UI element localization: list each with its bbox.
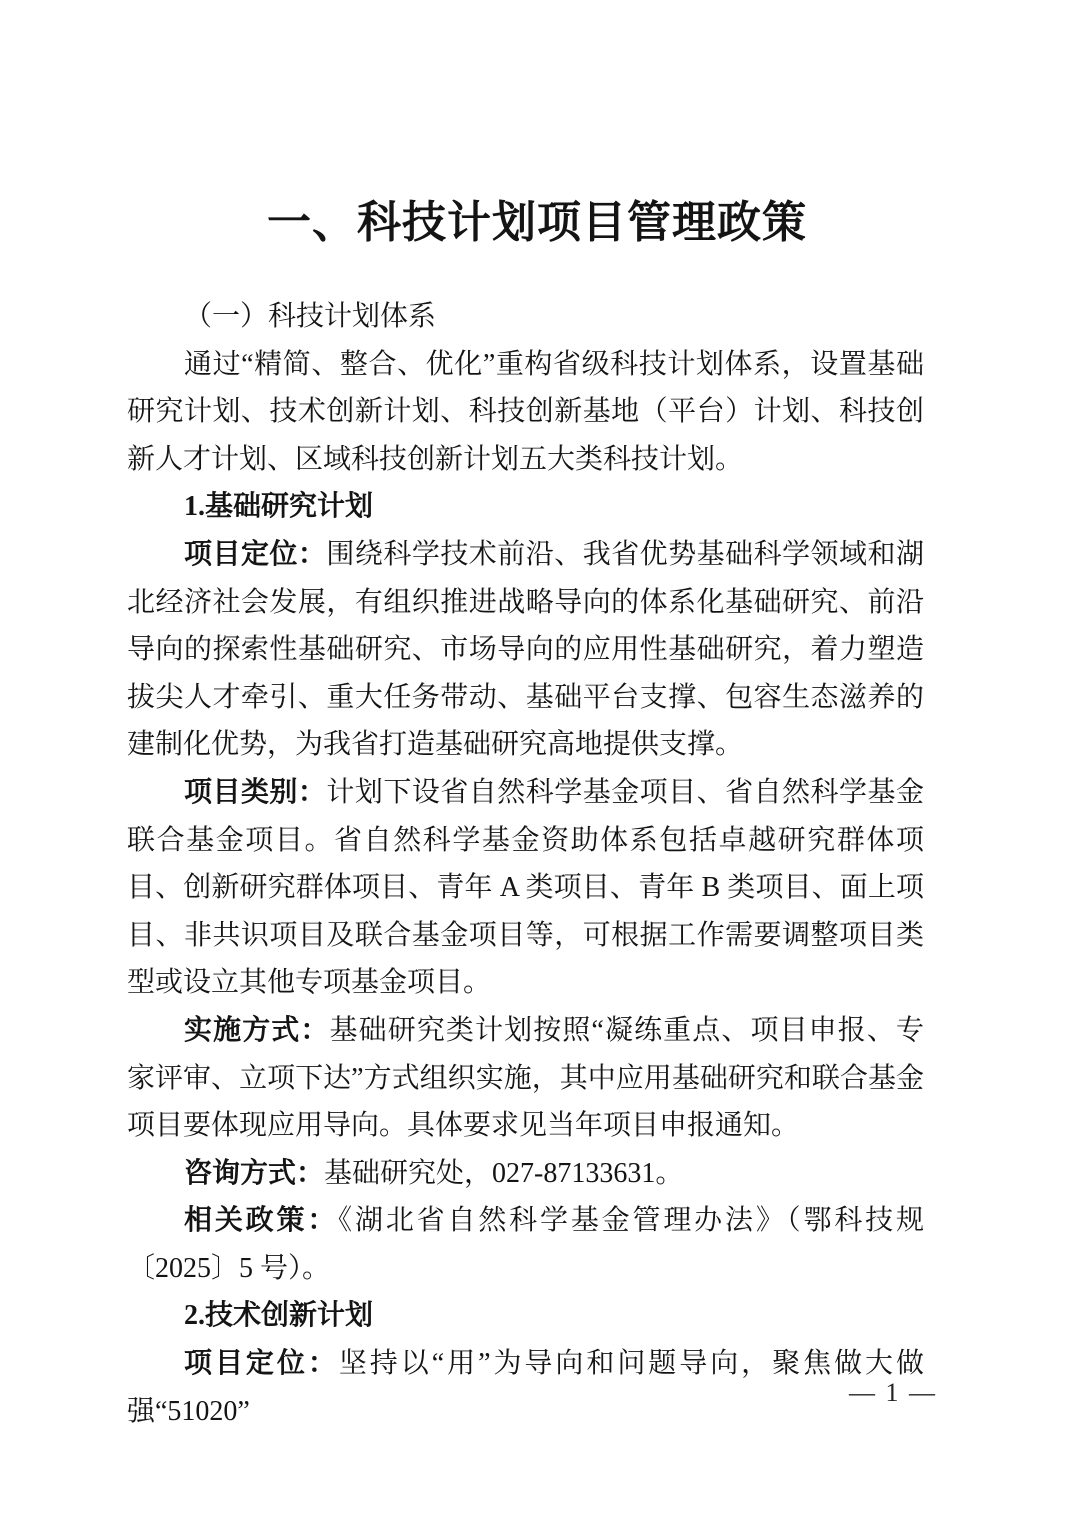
paragraph-text: 围绕科学技术前沿、我省优势基础科学领域和湖北经济社会发展，有组织推进战略导向的体… bbox=[127, 539, 924, 760]
paragraph-text: 通过“精简、整合、优化”重构省级科技计划体系，设置基础研究计划、技术创新计划、科… bbox=[127, 349, 924, 475]
section-heading-tech-innovation: 2.技术创新计划 bbox=[127, 1292, 924, 1340]
section-heading-text: 1.基础研究计划 bbox=[184, 491, 373, 522]
paragraph-label: 相关政策： bbox=[184, 1205, 338, 1236]
subsection-heading-text: （一）科技计划体系 bbox=[184, 301, 436, 332]
paragraph-label: 项目定位： bbox=[184, 1348, 339, 1379]
paragraph-label: 实施方式： bbox=[184, 1015, 330, 1046]
section-heading-basic-research: 1.基础研究计划 bbox=[127, 483, 924, 531]
subsection-heading: （一）科技计划体系 bbox=[127, 293, 924, 341]
paragraph-text: 基础研究处，027-87133631。 bbox=[324, 1158, 683, 1189]
paragraph-label: 咨询方式： bbox=[184, 1158, 324, 1189]
document-title: 一、科技计划项目管理政策 bbox=[0, 186, 1074, 250]
page-number: — 1 — bbox=[127, 1378, 937, 1408]
paragraph-consultation-contact: 咨询方式：基础研究处，027-87133631。 bbox=[127, 1150, 924, 1198]
section-heading-text: 2.技术创新计划 bbox=[184, 1300, 373, 1331]
paragraph-label: 项目定位： bbox=[184, 539, 326, 570]
paragraph-project-positioning-1: 项目定位：围绕科学技术前沿、我省优势基础科学领域和湖北经济社会发展，有组织推进战… bbox=[127, 531, 924, 769]
document-content: （一）科技计划体系 通过“精简、整合、优化”重构省级科技计划体系，设置基础研究计… bbox=[127, 293, 924, 1435]
paragraph-related-policy: 相关政策：《湖北省自然科学基金管理办法》（鄂科技规〔2025〕5 号）。 bbox=[127, 1197, 924, 1292]
document-page: 一、科技计划项目管理政策 （一）科技计划体系 通过“精简、整合、优化”重构省级科… bbox=[0, 0, 1074, 1520]
paragraph-plan-system: 通过“精简、整合、优化”重构省级科技计划体系，设置基础研究计划、技术创新计划、科… bbox=[127, 341, 924, 484]
paragraph-implementation-method: 实施方式：基础研究类计划按照“凝练重点、项目申报、专家评审、立项下达”方式组织实… bbox=[127, 1007, 924, 1150]
paragraph-project-categories: 项目类别：计划下设省自然科学基金项目、省自然科学基金联合基金项目。省自然科学基金… bbox=[127, 769, 924, 1007]
paragraph-text: 计划下设省自然科学基金项目、省自然科学基金联合基金项目。省自然科学基金资助体系包… bbox=[127, 777, 924, 998]
paragraph-label: 项目类别： bbox=[184, 777, 326, 808]
